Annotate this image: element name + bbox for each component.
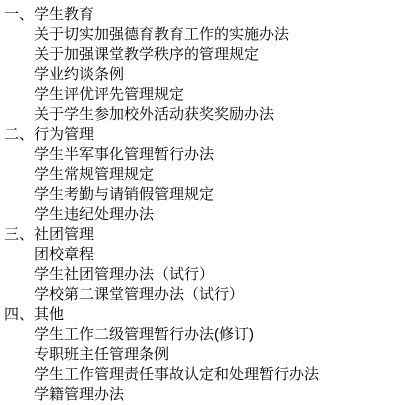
list-item: 学生评优评先管理规定 (4, 85, 418, 105)
section-number: 四、 (4, 306, 34, 323)
section-title: 其他 (34, 306, 64, 323)
section-heading-student-education: 一、学生教育 (4, 5, 418, 25)
section-title: 行为管理 (34, 126, 94, 143)
list-item: 学生半军事化管理暂行办法 (4, 145, 418, 165)
section-heading-behavior-management: 二、行为管理 (4, 125, 418, 145)
list-item: 学生社团管理办法（试行） (4, 265, 418, 285)
list-item: 团校章程 (4, 245, 418, 265)
section-number: 三、 (4, 226, 34, 243)
section-heading-other: 四、其他 (4, 305, 418, 325)
section-number: 二、 (4, 126, 34, 143)
section-number: 一、 (4, 6, 34, 23)
list-item: 学校第二课堂管理办法（试行） (4, 285, 418, 305)
list-item: 学业约谈条例 (4, 65, 418, 85)
list-item: 学生常规管理规定 (4, 165, 418, 185)
section-heading-club-management: 三、社团管理 (4, 225, 418, 245)
section-title: 学生教育 (34, 6, 94, 23)
list-item: 学籍管理办法 (4, 385, 418, 405)
list-item: 学生考勤与请销假管理规定 (4, 185, 418, 205)
list-item: 学生工作二级管理暂行办法(修订) (4, 325, 418, 345)
list-item: 关于加强课堂教学秩序的管理规定 (4, 45, 418, 65)
section-title: 社团管理 (34, 226, 94, 243)
list-item: 关于切实加强德育教育工作的实施办法 (4, 25, 418, 45)
list-item: 专职班主任管理条例 (4, 345, 418, 365)
list-item: 学生工作管理责任事故认定和处理暂行办法 (4, 365, 418, 385)
list-item: 关于学生参加校外活动获奖奖励办法 (4, 105, 418, 125)
regulations-list: 一、学生教育 关于切实加强德育教育工作的实施办法 关于加强课堂教学秩序的管理规定… (0, 0, 418, 405)
list-item: 学生违纪处理办法 (4, 205, 418, 225)
